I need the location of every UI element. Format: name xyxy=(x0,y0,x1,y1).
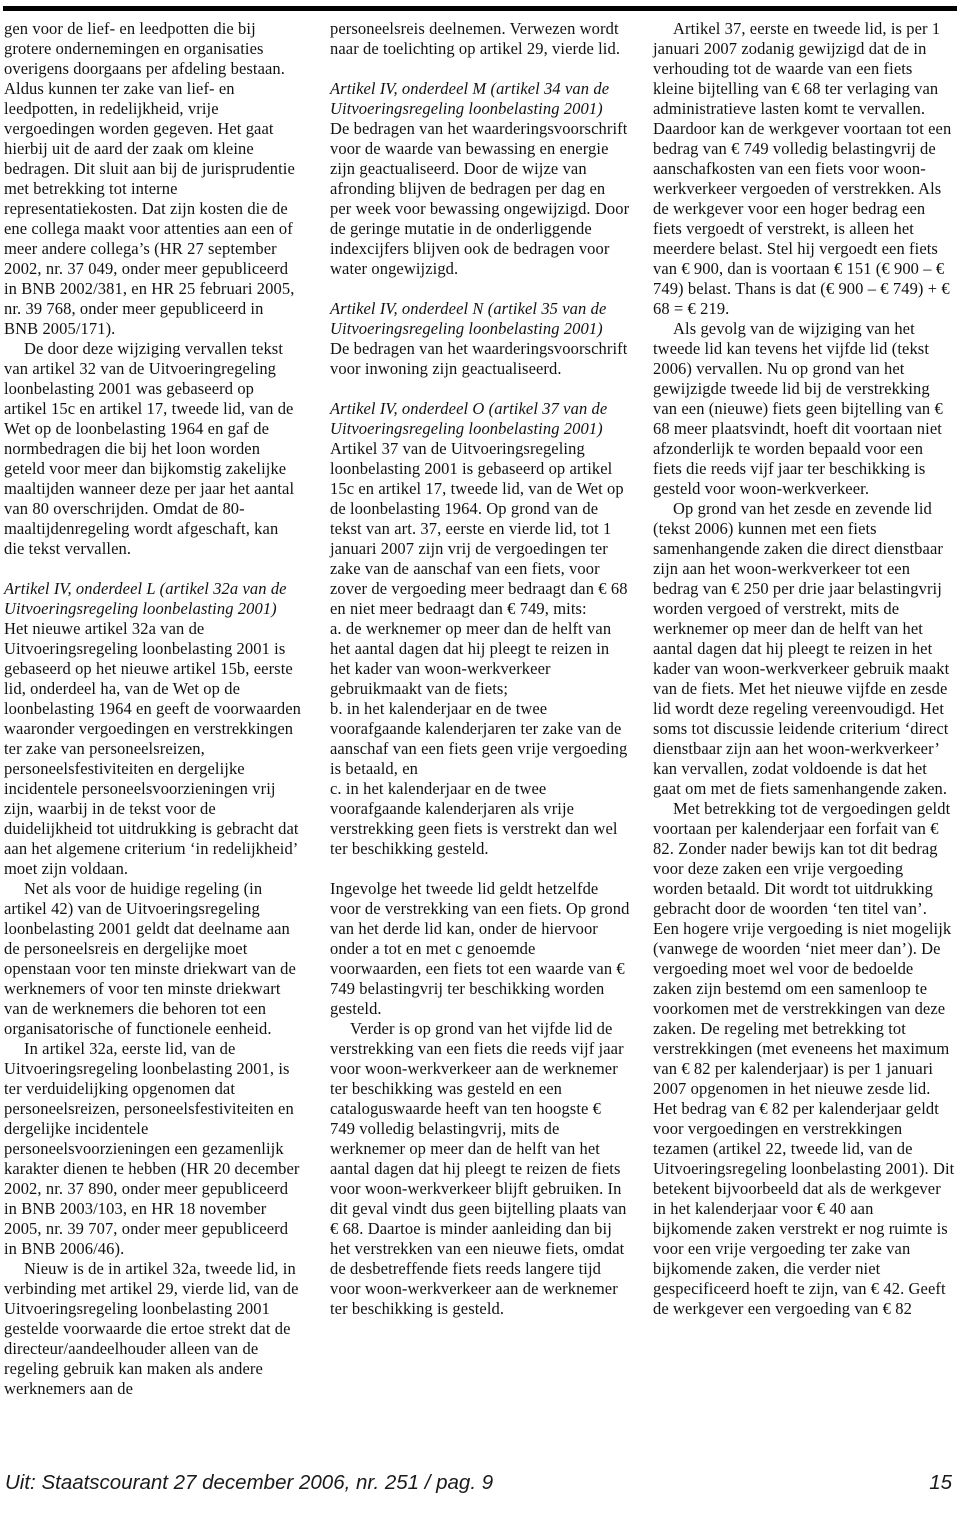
paragraph: De bedragen van het waarderingsvoorschri… xyxy=(330,119,630,279)
footer-source: Uit: Staatscourant 27 december 2006, nr.… xyxy=(5,1471,493,1495)
footer-page-number: 15 xyxy=(929,1471,952,1495)
paragraph: Nieuw is de in artikel 32a, tweede lid, … xyxy=(4,1259,301,1399)
paragraph: Artikel 37, eerste en tweede lid, is per… xyxy=(653,19,956,319)
paragraph: personeelsreis deelnemen. Verwezen wordt… xyxy=(330,19,630,59)
section-heading: Artikel IV, onderdeel L (artikel 32a van… xyxy=(4,579,301,619)
paragraph: Het nieuwe artikel 32a van de Uitvoering… xyxy=(4,619,301,879)
paragraph: De bedragen van het waarderingsvoorschri… xyxy=(330,339,630,379)
staatscourant-page: gen voor de lief- en leedpotten die bij … xyxy=(0,0,960,1515)
paragraph: Als gevolg van de wijziging van het twee… xyxy=(653,319,956,499)
paragraph: Met betrekking tot de vergoedingen geldt… xyxy=(653,799,956,1319)
paragraph: Artikel 37 van de Uitvoeringsregeling lo… xyxy=(330,439,630,619)
list-item-c: c. in het kalenderjaar en de twee vooraf… xyxy=(330,779,630,859)
paragraph: gen voor de lief- en leedpotten die bij … xyxy=(4,19,301,339)
paragraph: Verder is op grond van het vijfde lid de… xyxy=(330,1019,630,1319)
paragraph: Op grond van het zesde en zevende lid (t… xyxy=(653,499,956,799)
paragraph: De door deze wijziging vervallen tekst v… xyxy=(4,339,301,559)
section-heading: Artikel IV, onderdeel M (artikel 34 van … xyxy=(330,79,630,119)
paragraph: Net als voor de huidige regeling (in art… xyxy=(4,879,301,1039)
text-column-3: Artikel 37, eerste en tweede lid, is per… xyxy=(653,19,956,1319)
list-item-a: a. de werknemer op meer dan de helft van… xyxy=(330,619,630,699)
section-heading: Artikel IV, onderdeel O (artikel 37 van … xyxy=(330,399,630,439)
paragraph: Ingevolge het tweede lid geldt hetzelfde… xyxy=(330,879,630,1019)
section-heading: Artikel IV, onderdeel N (artikel 35 van … xyxy=(330,299,630,339)
page-footer: Uit: Staatscourant 27 december 2006, nr.… xyxy=(5,1471,952,1495)
text-column-1: gen voor de lief- en leedpotten die bij … xyxy=(4,19,301,1399)
top-rule-divider xyxy=(3,6,957,11)
list-item-b: b. in het kalenderjaar en de twee vooraf… xyxy=(330,699,630,779)
text-column-2: personeelsreis deelnemen. Verwezen wordt… xyxy=(330,19,630,1319)
paragraph: In artikel 32a, eerste lid, van de Uitvo… xyxy=(4,1039,301,1259)
